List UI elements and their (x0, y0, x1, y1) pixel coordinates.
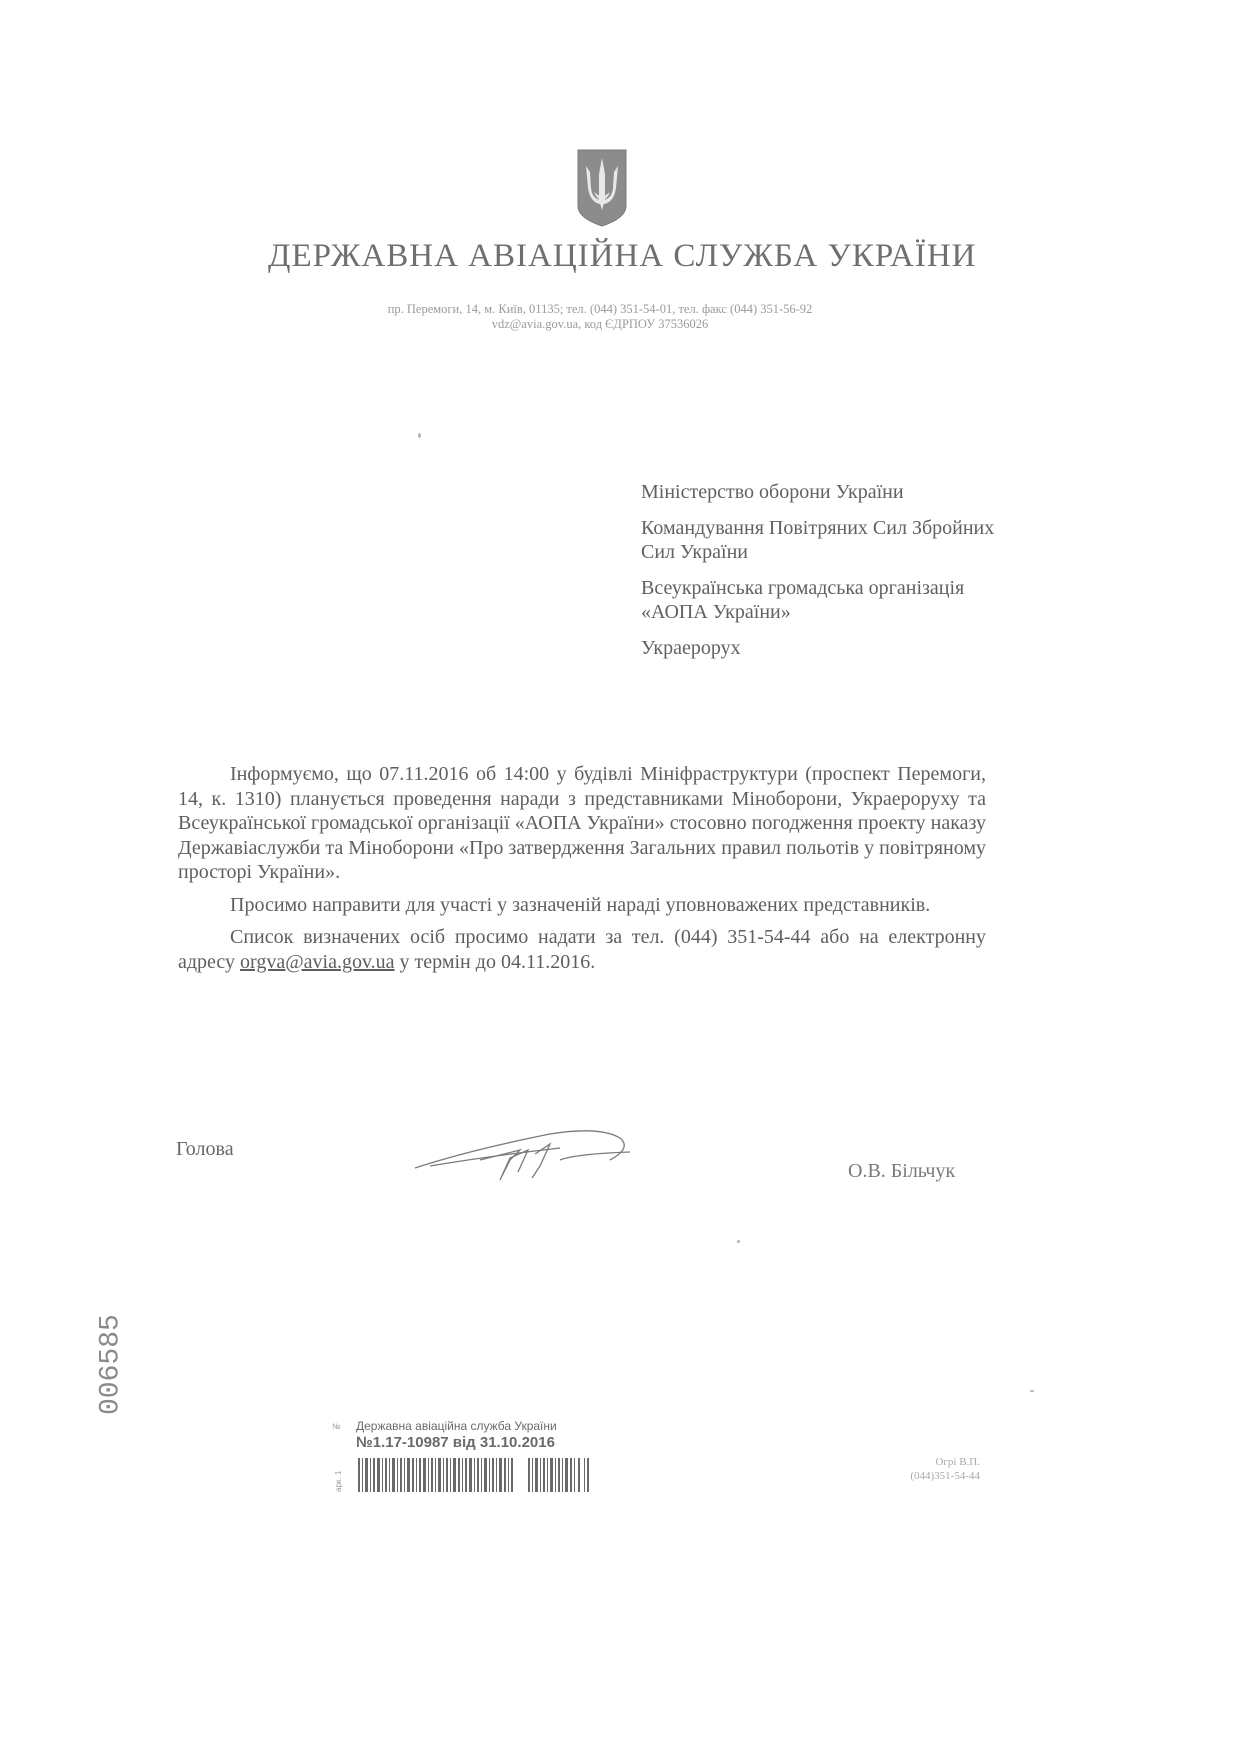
stamp-organization: Державна авіаційна служба України (356, 1419, 557, 1433)
scan-speck (1030, 1390, 1034, 1392)
signatory-role: Голова (176, 1138, 234, 1161)
signatory-name: О.В. Більчук (848, 1160, 955, 1183)
address-line-2: vdz@avia.gov.ua, код ЄДРПОУ 37536026 (300, 317, 900, 332)
trident-emblem-icon (576, 148, 628, 228)
recipient: Міністерство оборони України (641, 480, 1001, 504)
body-paragraph-2: Просимо направити для участі у зазначені… (178, 893, 986, 918)
body-paragraph-1: Інформуємо, що 07.11.2016 об 14:00 у буд… (178, 762, 986, 885)
recipient: Командування Повітряних Сил Збройних Сил… (641, 516, 1001, 564)
executor-phone: (044)351-54-44 (870, 1469, 980, 1483)
org-title: ДЕРЖАВНА АВІАЦІЙНА СЛУЖБА УКРАЇНИ (268, 238, 938, 275)
contact-email-link[interactable]: orgva@avia.gov.ua (240, 951, 394, 973)
paragraph-3-deadline: у термін до 04.11.2016. (395, 951, 596, 973)
registration-stamp: № Державна авіаційна служба України №1.1… (332, 1418, 592, 1498)
stamp-registration-number: №1.17-10987 від 31.10.2016 (356, 1434, 555, 1451)
body-paragraph-3: Список визначених осіб просимо надати за… (178, 925, 986, 974)
stamp-sheet-count: арк. 1 (334, 1458, 346, 1492)
org-address: пр. Перемоги, 14, м. Київ, 01135; тел. (… (300, 302, 900, 332)
barcode-icon (358, 1458, 590, 1492)
letter-body: Інформуємо, що 07.11.2016 об 14:00 у буд… (178, 762, 986, 982)
stamp-number-mark: № (332, 1422, 341, 1431)
executor-note: Огрі В.П. (044)351-54-44 (870, 1455, 980, 1483)
address-line-1: пр. Перемоги, 14, м. Київ, 01135; тел. (… (300, 302, 900, 317)
recipient: Всеукраїнська громадська організація «АО… (641, 576, 1001, 624)
scan-speck (418, 433, 421, 438)
recipient: Украерорух (641, 636, 1001, 660)
scan-speck (737, 1240, 740, 1243)
executor-name: Огрі В.П. (870, 1455, 980, 1469)
handwritten-signature-icon (410, 1120, 660, 1190)
recipients-block: Міністерство оборони України Командуванн… (641, 480, 1001, 672)
margin-document-number: 006585 (96, 1300, 126, 1430)
